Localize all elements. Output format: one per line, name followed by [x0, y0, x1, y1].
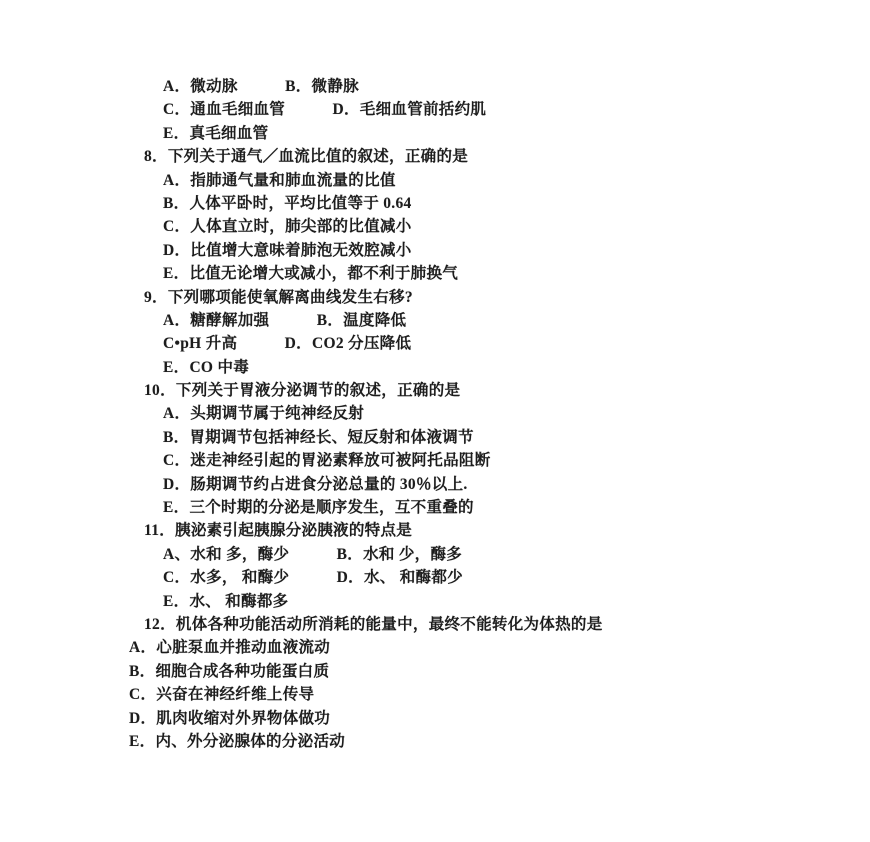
question-10-option-e: E．三个时期的分泌是顺序发生，互不重叠的	[0, 496, 870, 519]
question-9-options-row-cd: C•pH 升高 D．CO2 分压降低	[0, 332, 870, 355]
question-12-option-e: E．内、外分泌腺体的分泌活动	[0, 730, 870, 753]
question-11-option-e: E．水、 和酶都多	[0, 590, 870, 613]
question-11-stem: 11．胰泌素引起胰腺分泌胰液的特点是	[0, 519, 870, 542]
question-12-option-a: A．心脏泵血并推动血液流动	[0, 636, 870, 659]
question-10-option-b: B．胃期调节包括神经长、短反射和体液调节	[0, 426, 870, 449]
question-8-option-a: A．指肺通气量和肺血流量的比值	[0, 169, 870, 192]
question-9-options-row-ab: A．糖酵解加强 B．温度降低	[0, 309, 870, 332]
question-10-option-c: C．迷走神经引起的胃泌素释放可被阿托品阻断	[0, 449, 870, 472]
question-12-option-b: B．细胞合成各种功能蛋白质	[0, 660, 870, 683]
question-8-option-d: D．比值增大意味着肺泡无效腔减小	[0, 239, 870, 262]
question-8-option-b: B．人体平卧时，平均比值等于 0.64	[0, 192, 870, 215]
question-11-options-row-ab: A、水和 多，酶少 B．水和 少，酶多	[0, 543, 870, 566]
question-9-stem: 9．下列哪项能使氧解离曲线发生右移?	[0, 286, 870, 309]
q7-options-row-ab: A．微动脉 B．微静脉	[0, 75, 870, 98]
question-10-option-a: A．头期调节属于纯神经反射	[0, 402, 870, 425]
question-10-option-d: D．肠期调节约占进食分泌总量的 30％以上.	[0, 473, 870, 496]
question-10-stem: 10．下列关于胃液分泌调节的叙述，正确的是	[0, 379, 870, 402]
q7-options-row-cd: C．通血毛细血管 D．毛细血管前括约肌	[0, 98, 870, 121]
question-8-stem: 8．下列关于通气／血流比值的叙述，正确的是	[0, 145, 870, 168]
question-11-options-row-cd: C．水多， 和酶少 D．水、 和酶都少	[0, 566, 870, 589]
question-list: A．微动脉 B．微静脉 C．通血毛细血管 D．毛细血管前括约肌 E．真毛细血管 …	[0, 75, 870, 753]
question-9-option-e: E．CO 中毒	[0, 356, 870, 379]
question-8-option-e: E．比值无论增大或减小，都不利于肺换气	[0, 262, 870, 285]
question-8-option-c: C．人体直立时，肺尖部的比值减小	[0, 215, 870, 238]
question-12-option-c: C．兴奋在神经纤维上传导	[0, 683, 870, 706]
q7-option-e: E．真毛细血管	[0, 122, 870, 145]
question-12-option-d: D．肌肉收缩对外界物体做功	[0, 707, 870, 730]
exam-scan-page: A．微动脉 B．微静脉 C．通血毛细血管 D．毛细血管前括约肌 E．真毛细血管 …	[0, 0, 870, 842]
question-12-stem: 12．机体各种功能活动所消耗的能量中，最终不能转化为体热的是	[0, 613, 870, 636]
